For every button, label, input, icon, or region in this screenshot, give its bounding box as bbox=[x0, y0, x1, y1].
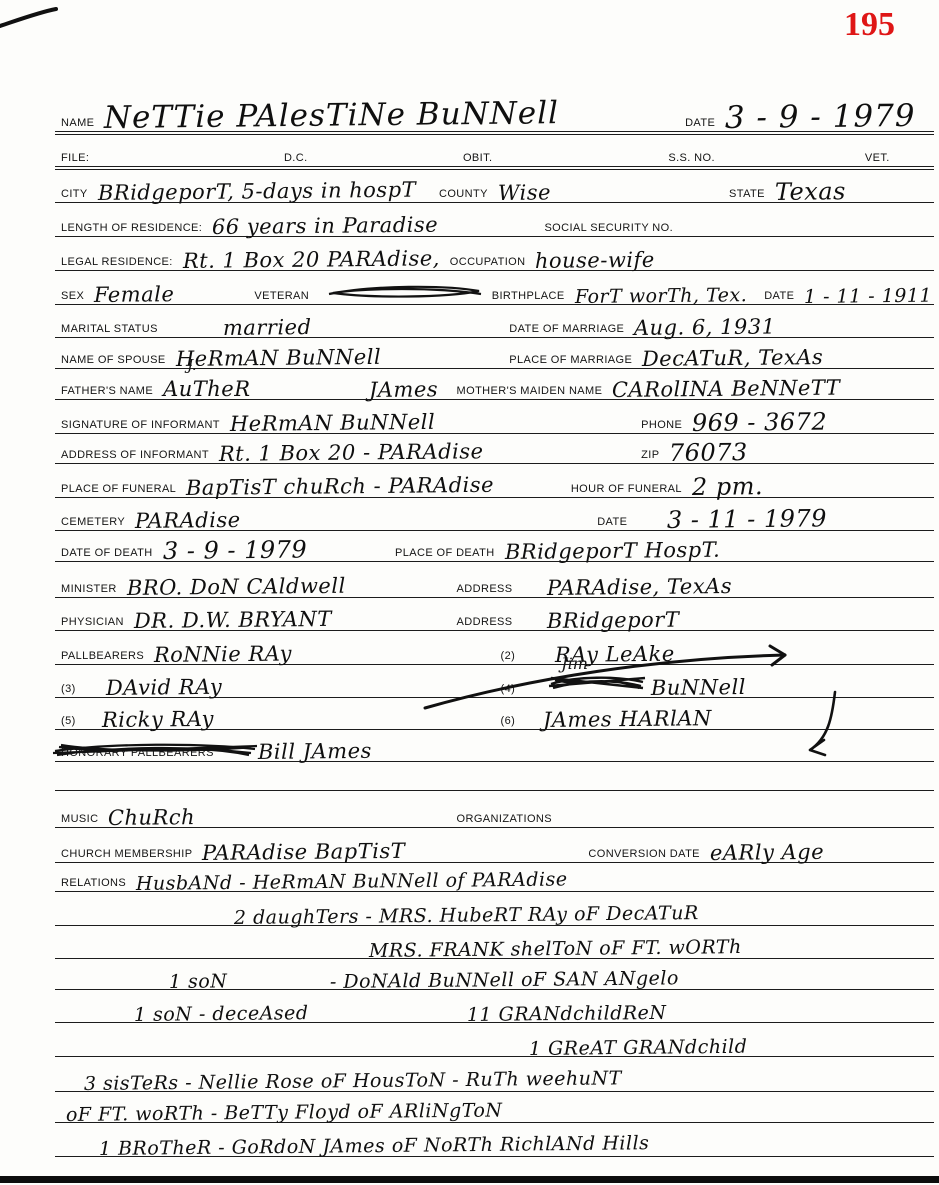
sex-row: SEX Female VETERAN BIRTHPLACE ForT worTh… bbox=[55, 271, 934, 305]
pallbearer-3-value: DAvid RAy bbox=[101, 678, 226, 699]
date-field: DATE 3 - 9 - 1979 bbox=[679, 102, 934, 131]
residence-value: 66 years in Paradise bbox=[208, 216, 442, 238]
sex-label: SEX bbox=[55, 290, 90, 304]
date-value: 3 - 9 - 1979 bbox=[721, 101, 920, 133]
physician-address-field: ADDRESS BRidgeporT bbox=[451, 610, 934, 630]
relations-line-5b: 11 GRANdchildReN bbox=[462, 1004, 670, 1024]
state-field: STATE Texas bbox=[723, 179, 934, 202]
minister-address-label: ADDRESS bbox=[451, 583, 519, 597]
father-field: FATHER'S NAME AuTheR J. JAmes bbox=[55, 378, 451, 399]
funeral-hour-value: 2 pm. bbox=[688, 475, 767, 499]
informant-value: HeRmAN BuNNell bbox=[226, 413, 439, 435]
name-label: NAME bbox=[55, 117, 100, 131]
informant-address-row: ADDRESS OF INFORMANT Rt. 1 Box 20 - PARA… bbox=[55, 434, 934, 464]
ssno-label: S.S. NO. bbox=[662, 152, 859, 166]
pallbearers-row-3: (5) Ricky RAy (6) JAmes HARlAN bbox=[55, 698, 934, 730]
relations-line-6: 1 GReAT GRANdchild bbox=[525, 1038, 752, 1058]
physician-address-label: ADDRESS bbox=[451, 616, 519, 630]
funeral-hour-field: HOUR OF FUNERAL 2 pm. bbox=[565, 474, 934, 497]
conversion-date-field: CONVERSION DATE eARly Age bbox=[582, 842, 934, 862]
funeral-record-sheet: 195 NAME NeTTie PAlesTiNe BuNNell DATE 3… bbox=[0, 0, 939, 1185]
marital-status-field: MARITAL STATUS married bbox=[55, 317, 503, 337]
ssn-label: SOCIAL SECURITY NO. bbox=[538, 222, 679, 236]
birthdate-label: DATE bbox=[758, 290, 800, 304]
church-membership-field: CHURCH MEMBERSHIP PARAdise BapTisT bbox=[55, 842, 582, 862]
birthplace-value: ForT worTh, Tex. bbox=[570, 286, 751, 306]
zip-value: 76073 bbox=[665, 441, 752, 465]
mother-field: MOTHER'S MAIDEN NAME CARolINA BeNNeTT bbox=[451, 379, 934, 399]
death-date-label: DATE OF DEATH bbox=[55, 547, 159, 561]
ssn-field: SOCIAL SECURITY NO. bbox=[538, 222, 934, 236]
relations-label: RELATIONS bbox=[55, 877, 132, 891]
death-place-value: BRidgeporT HospT. bbox=[500, 541, 724, 563]
birthplace-field: BIRTHPLACE ForT worTh, Tex. bbox=[486, 286, 758, 304]
relations-row-9: 1 BRoTheR - GoRdoN JAmes oF NoRTh RichlA… bbox=[55, 1123, 934, 1157]
physician-row: PHYSICIAN DR. D.W. BRYANT ADDRESS BRidge… bbox=[55, 598, 934, 631]
relations-row-8: oF FT. woRTh - BeTTy Floyd oF ARliNgToN bbox=[55, 1092, 934, 1123]
residence-label: LENGTH OF RESIDENCE: bbox=[55, 222, 208, 236]
occupation-field: OCCUPATION house-wife bbox=[444, 250, 934, 270]
relations-line-1: HusbANd - HeRmAN BuNNell of PARAdise bbox=[132, 870, 572, 893]
minister-field: MINISTER BRO. DoN CAldwell bbox=[55, 577, 451, 597]
sex-field: SEX Female bbox=[55, 284, 248, 304]
physician-value: DR. D.W. BRYANT bbox=[130, 610, 336, 632]
minister-label: MINISTER bbox=[55, 583, 123, 597]
veteran-scribble bbox=[325, 283, 485, 301]
phone-value: 969 - 3672 bbox=[688, 411, 831, 435]
pallbearer-5-label: (5) bbox=[55, 715, 82, 729]
file-row: FILE: D.C. OBIT. S.S. NO. VET. bbox=[55, 132, 934, 167]
marriage-place-label: PLACE OF MARRIAGE bbox=[503, 354, 638, 368]
relations-line-5a: 1 soN - deceAsed bbox=[130, 1004, 313, 1024]
organizations-field: ORGANIZATIONS bbox=[451, 813, 934, 827]
pallbearer-1-value: RoNNie RAy bbox=[150, 645, 296, 666]
relations-line-2: 2 daughTers - MRS. HubeRT RAy oF DecATuR bbox=[230, 904, 703, 927]
zip-label: ZIP bbox=[635, 449, 665, 463]
informant-label: SIGNATURE OF INFORMANT bbox=[55, 419, 226, 433]
county-field: COUNTY Wise bbox=[433, 182, 723, 202]
cemetery-field: CEMETERY PARAdise bbox=[55, 510, 591, 530]
form-body: NAME NeTTie PAlesTiNe BuNNell DATE 3 - 9… bbox=[55, 90, 934, 1185]
father-first-value: AuTheR bbox=[159, 377, 254, 401]
honorary-value: Bill JAmes bbox=[254, 742, 376, 763]
death-place-label: PLACE OF DEATH bbox=[389, 547, 501, 561]
marital-status-value: married bbox=[219, 318, 316, 339]
informant-address-label: ADDRESS OF INFORMANT bbox=[55, 449, 215, 463]
conversion-date-label: CONVERSION DATE bbox=[582, 848, 706, 862]
funeral-place-row: PLACE OF FUNERAL BapTisT chuRch - PARAdi… bbox=[55, 464, 934, 498]
relations-row-6: 1 GReAT GRANdchild bbox=[55, 1023, 934, 1057]
bottom-scan-bar bbox=[0, 1176, 939, 1183]
birthplace-label: BIRTHPLACE bbox=[486, 290, 571, 304]
minister-row: MINISTER BRO. DoN CAldwell ADDRESS PARAd… bbox=[55, 562, 934, 598]
marriage-date-field: DATE OF MARRIAGE Aug. 6, 1931 bbox=[503, 317, 934, 337]
city-field: CITY BRidgeporT, 5-days in hospT bbox=[55, 182, 433, 202]
name-field: NAME NeTTie PAlesTiNe BuNNell bbox=[55, 102, 679, 131]
name-row: NAME NeTTie PAlesTiNe BuNNell DATE 3 - 9… bbox=[55, 90, 934, 132]
file-label: FILE: bbox=[55, 152, 278, 166]
pallbearer-4-value: BuNNell bbox=[647, 678, 750, 699]
pallbearer-3-label: (3) bbox=[55, 683, 82, 697]
pallbearer-6-field: (6) JAmes HARlAN bbox=[495, 709, 935, 729]
conversion-date-value: eARly Age bbox=[706, 843, 828, 864]
pallbearer-4-correction: Jim bbox=[561, 654, 588, 673]
birthdate-value: 1 - 11 - 1911 bbox=[800, 287, 936, 306]
occupation-label: OCCUPATION bbox=[444, 256, 532, 270]
death-date-field: DATE OF DEATH 3 - 9 - 1979 bbox=[55, 538, 389, 561]
legal-residence-value: Rt. 1 Box 20 PARAdise, bbox=[179, 249, 444, 272]
residence-field: LENGTH OF RESIDENCE: 66 years in Paradis… bbox=[55, 216, 538, 236]
cemetery-row: CEMETERY PARAdise DATE 3 - 11 - 1979 bbox=[55, 498, 934, 531]
cemetery-label: CEMETERY bbox=[55, 516, 131, 530]
pallbearer-3-field: (3) DAvid RAy bbox=[55, 677, 495, 697]
pallbearer-4-field: (4) Jim BuNNell bbox=[495, 670, 935, 697]
relations-line-8: oF FT. woRTh - BeTTy Floyd oF ARliNgToN bbox=[62, 1101, 507, 1124]
zip-field: ZIP 76073 bbox=[635, 440, 934, 463]
phone-field: PHONE 969 - 3672 bbox=[635, 410, 934, 433]
funeral-place-field: PLACE OF FUNERAL BapTisT chuRch - PARAdi… bbox=[55, 477, 565, 497]
obit-label: OBIT. bbox=[457, 152, 662, 166]
dc-label: D.C. bbox=[278, 152, 457, 166]
father-insert-value: J. bbox=[187, 356, 197, 374]
county-value: Wise bbox=[494, 183, 555, 204]
pallbearer-5-value: Ricky RAy bbox=[97, 710, 217, 731]
father-row: FATHER'S NAME AuTheR J. JAmes MOTHER'S M… bbox=[55, 369, 934, 400]
burial-date-value: 3 - 11 - 1979 bbox=[663, 507, 831, 532]
father-last-value: JAmes bbox=[364, 380, 441, 401]
page-number: 195 bbox=[844, 6, 895, 44]
pallbearer-6-value: JAmes HARlAN bbox=[539, 709, 716, 731]
pallbearer-4-crossout-wrap: Jim bbox=[547, 670, 647, 697]
occupation-value: house-wife bbox=[531, 251, 659, 272]
informant-field: SIGNATURE OF INFORMANT HeRmAN BuNNell bbox=[55, 413, 635, 433]
burial-date-label: DATE bbox=[591, 516, 633, 530]
pallbearer-1-field: PALLBEARERS RoNNie RAy bbox=[55, 644, 495, 664]
vet-label: VET. bbox=[859, 152, 896, 166]
informant-row: SIGNATURE OF INFORMANT HeRmAN BuNNell PH… bbox=[55, 400, 934, 434]
marriage-place-value: DecATuR, TexAs bbox=[638, 348, 828, 370]
relations-row-5: 1 soN - deceAsed 11 GRANdchildReN bbox=[55, 990, 934, 1023]
honorary-label: HONORARY PALLBEARERS bbox=[55, 747, 220, 761]
death-place-field: PLACE OF DEATH BRidgeporT HospT. bbox=[389, 541, 934, 561]
physician-address-value: BRidgeporT bbox=[542, 611, 683, 632]
spouse-field: NAME OF SPOUSE HeRmAN BuNNell bbox=[55, 348, 503, 368]
state-value: Texas bbox=[771, 180, 850, 204]
crossout-scribble bbox=[547, 670, 647, 692]
relations-line-4a: 1 soN bbox=[165, 972, 232, 991]
legal-residence-row: LEGAL RESIDENCE: Rt. 1 Box 20 PARAdise, … bbox=[55, 237, 934, 271]
city-row: CITY BRidgeporT, 5-days in hospT COUNTY … bbox=[55, 167, 934, 203]
birthdate-field: DATE 1 - 11 - 1911 bbox=[758, 286, 936, 304]
church-membership-row: CHURCH MEMBERSHIP PARAdise BapTisT CONVE… bbox=[55, 828, 934, 863]
date-label: DATE bbox=[679, 117, 721, 131]
organizations-label: ORGANIZATIONS bbox=[451, 813, 558, 827]
informant-address-value: Rt. 1 Box 20 - PARAdise bbox=[215, 442, 488, 465]
physician-field: PHYSICIAN DR. D.W. BRYANT bbox=[55, 610, 451, 630]
phone-label: PHONE bbox=[635, 419, 688, 433]
relations-row-7: 3 sisTeRs - Nellie Rose oF HousToN - RuT… bbox=[55, 1057, 934, 1092]
relations-line-4b: - DoNAld BuNNell oF SAN ANgelo bbox=[326, 969, 683, 991]
pallbearers-row-2: (3) DAvid RAy (4) Jim BuNNell bbox=[55, 665, 934, 698]
father-first-wrap: AuTheR J. bbox=[159, 378, 254, 399]
marriage-place-field: PLACE OF MARRIAGE DecATuR, TexAs bbox=[503, 348, 934, 368]
veteran-label: VETERAN bbox=[248, 290, 315, 304]
death-row: DATE OF DEATH 3 - 9 - 1979 PLACE OF DEAT… bbox=[55, 531, 934, 562]
name-value: NeTTie PAlesTiNe BuNNell bbox=[100, 99, 563, 133]
veteran-field: VETERAN bbox=[248, 283, 485, 304]
pen-stroke-mark bbox=[0, 0, 90, 40]
pallbearer-4-label: (4) bbox=[495, 683, 522, 697]
relations-line-7: 3 sisTeRs - Nellie Rose oF HousToN - RuT… bbox=[80, 1069, 626, 1093]
funeral-hour-label: HOUR OF FUNERAL bbox=[565, 483, 688, 497]
relations-line-9: 1 BRoTheR - GoRdoN JAmes oF NoRTh RichlA… bbox=[95, 1134, 654, 1158]
father-label: FATHER'S NAME bbox=[55, 385, 159, 399]
minister-address-field: ADDRESS PARAdise, TexAs bbox=[451, 577, 934, 597]
legal-residence-field: LEGAL RESIDENCE: Rt. 1 Box 20 PARAdise, bbox=[55, 250, 444, 270]
mother-value: CARolINA BeNNeTT bbox=[608, 379, 845, 401]
marital-status-label: MARITAL STATUS bbox=[55, 323, 164, 337]
marriage-date-value: Aug. 6, 1931 bbox=[630, 317, 780, 339]
marriage-date-label: DATE OF MARRIAGE bbox=[503, 323, 630, 337]
blank-rule-row bbox=[55, 762, 934, 791]
honorary-struck-label-wrap: HONORARY PALLBEARERS bbox=[55, 743, 220, 761]
cemetery-value: PARAdise bbox=[131, 511, 245, 532]
burial-date-field: DATE 3 - 11 - 1979 bbox=[591, 507, 934, 530]
church-membership-value: PARAdise BapTisT bbox=[198, 842, 409, 864]
relations-line-3: MRS. FRANK shelToN oF FT. wORTh bbox=[365, 938, 746, 960]
pallbearer-5-field: (5) Ricky RAy bbox=[55, 709, 495, 729]
minister-address-value: PARAdise, TexAs bbox=[542, 577, 735, 599]
minister-value: BRO. DoN CAldwell bbox=[123, 577, 350, 599]
relations-row-1: RELATIONS HusbANd - HeRmAN BuNNell of PA… bbox=[55, 863, 934, 892]
marital-status-row: MARITAL STATUS married DATE OF MARRIAGE … bbox=[55, 305, 934, 338]
pallbearers-row-1: PALLBEARERS RoNNie RAy (2) RAy LeAke bbox=[55, 631, 934, 665]
county-label: COUNTY bbox=[433, 188, 494, 202]
honorary-row: HONORARY PALLBEARERS Bill JAmes bbox=[55, 730, 934, 762]
death-date-value: 3 - 9 - 1979 bbox=[158, 539, 311, 563]
church-membership-label: CHURCH MEMBERSHIP bbox=[55, 848, 198, 862]
music-row: MUSIC ChuRch ORGANIZATIONS bbox=[55, 791, 934, 828]
city-label: CITY bbox=[55, 188, 94, 202]
physician-label: PHYSICIAN bbox=[55, 616, 130, 630]
residence-row: LENGTH OF RESIDENCE: 66 years in Paradis… bbox=[55, 203, 934, 237]
funeral-place-label: PLACE OF FUNERAL bbox=[55, 483, 182, 497]
relations-row-2: 2 daughTers - MRS. HubeRT RAy oF DecATuR bbox=[55, 892, 934, 926]
legal-residence-label: LEGAL RESIDENCE: bbox=[55, 256, 179, 270]
state-label: STATE bbox=[723, 188, 771, 202]
city-value: BRidgeporT, 5-days in hospT bbox=[93, 181, 419, 204]
sex-value: Female bbox=[90, 285, 179, 306]
spouse-label: NAME OF SPOUSE bbox=[55, 354, 172, 368]
pallbearer-6-label: (6) bbox=[495, 715, 522, 729]
music-label: MUSIC bbox=[55, 813, 104, 827]
music-value: ChuRch bbox=[104, 808, 199, 829]
informant-address-field: ADDRESS OF INFORMANT Rt. 1 Box 20 - PARA… bbox=[55, 443, 635, 463]
relations-row-4: 1 soN - DoNAld BuNNell oF SAN ANgelo bbox=[55, 959, 934, 990]
relations-row-3: MRS. FRANK shelToN oF FT. wORTh bbox=[55, 926, 934, 959]
mother-label: MOTHER'S MAIDEN NAME bbox=[451, 385, 609, 399]
music-field: MUSIC ChuRch bbox=[55, 807, 451, 827]
pallbearer-2-label: (2) bbox=[495, 650, 522, 664]
pallbearers-label: PALLBEARERS bbox=[55, 650, 150, 664]
spouse-value: HeRmAN BuNNell bbox=[171, 348, 384, 370]
funeral-place-value: BapTisT chuRch - PARAdise bbox=[182, 476, 498, 499]
